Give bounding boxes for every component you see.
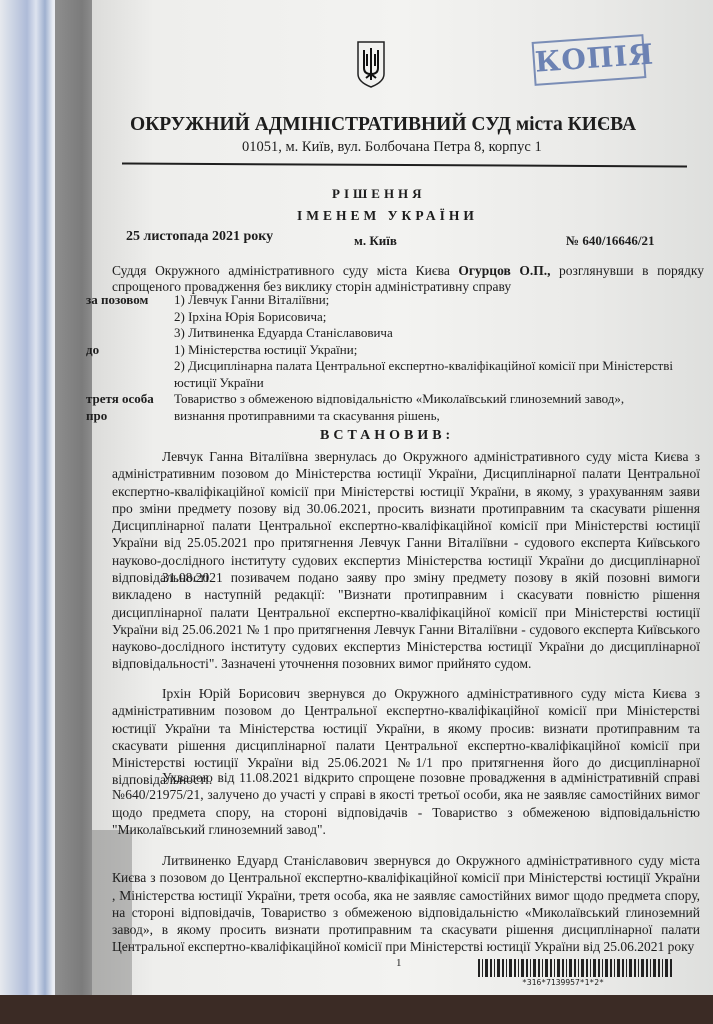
established-heading: ВСТАНОВИВ: bbox=[320, 428, 454, 444]
document-title: РІШЕННЯ bbox=[332, 186, 426, 202]
party-row: 2) Ірхіна Юрія Борисовича; bbox=[86, 309, 696, 326]
court-address: 01051, м. Київ, вул. Болбочана Петра 8, … bbox=[242, 139, 542, 156]
paragraph-text: 31.08.2021 позивачем подано заяву про зм… bbox=[112, 569, 700, 673]
judge-name: Огурцов О.П., bbox=[458, 263, 550, 278]
party-label: до bbox=[86, 342, 174, 359]
court-name: ОКРУЖНИЙ АДМІНІСТРАТИВНИЙ СУД міста КИЄВ… bbox=[130, 114, 650, 136]
trident-coat-of-arms-icon bbox=[356, 40, 386, 88]
intro-text: Суддя Окружного адміністративного суду м… bbox=[112, 263, 458, 278]
binder-pages-edge bbox=[0, 0, 60, 1000]
paragraph-text: Левчук Ганна Віталіївна звернулась до Ок… bbox=[112, 448, 700, 586]
intro-paragraph: Суддя Окружного адміністративного суду м… bbox=[112, 263, 704, 295]
decision-date: 25 листопада 2021 року bbox=[126, 229, 273, 245]
party-row: 2) Дисциплінарна палата Центральної експ… bbox=[86, 358, 696, 391]
party-label: про bbox=[86, 408, 174, 425]
party-value: 3) Литвиненка Едуарда Станіславовича bbox=[174, 325, 696, 342]
decision-city: м. Київ bbox=[354, 233, 397, 249]
header-divider bbox=[122, 163, 687, 168]
case-number: № 640/16646/21 bbox=[566, 233, 655, 249]
paragraph-text: Ухвалою від 11.08.2021 відкрито спрощене… bbox=[112, 769, 700, 838]
party-row: до1) Міністерства юстиції України; bbox=[86, 342, 696, 359]
party-value: 2) Ірхіна Юрія Борисовича; bbox=[174, 309, 696, 326]
document-page: КОПІЯ ОКРУЖНИЙ АДМІНІСТРАТИВНИЙ СУД міст… bbox=[92, 0, 713, 1000]
party-label bbox=[86, 309, 174, 326]
party-label: третя особа bbox=[86, 391, 174, 408]
barcode bbox=[478, 959, 673, 977]
party-row: за позовом1) Левчук Ганни Віталіївни; bbox=[86, 292, 696, 309]
paragraph-text: Литвиненко Едуард Станіславович звернувс… bbox=[112, 852, 700, 956]
page-number: 1 bbox=[396, 957, 402, 969]
party-value: 1) Міністерства юстиції України; bbox=[174, 342, 696, 359]
party-label bbox=[86, 325, 174, 342]
party-value: 1) Левчук Ганни Віталіївни; bbox=[174, 292, 696, 309]
party-value: 2) Дисциплінарна палата Центральної експ… bbox=[174, 358, 696, 391]
party-label: за позовом bbox=[86, 292, 174, 309]
body-paragraph: Литвиненко Едуард Станіславович звернувс… bbox=[112, 852, 700, 956]
body-paragraph: Ухвалою від 11.08.2021 відкрито спрощене… bbox=[112, 769, 700, 838]
table-surface bbox=[0, 995, 713, 1024]
party-value: Товариство з обмеженою відповідальністю … bbox=[174, 391, 696, 408]
party-row: третя особаТовариство з обмеженою відпов… bbox=[86, 391, 696, 408]
party-value: визнання протиправними та скасування ріш… bbox=[174, 408, 696, 425]
party-row: 3) Литвиненка Едуарда Станіславовича bbox=[86, 325, 696, 342]
body-paragraph: 31.08.2021 позивачем подано заяву про зм… bbox=[112, 569, 700, 673]
parties-list: за позовом1) Левчук Ганни Віталіївни; 2)… bbox=[86, 292, 696, 424]
copy-stamp: КОПІЯ bbox=[532, 34, 647, 86]
party-label bbox=[86, 358, 174, 391]
barcode-text: *316*7139957*1*2* bbox=[522, 978, 604, 987]
document-subtitle: ІМЕНЕМ УКРАЇНИ bbox=[297, 208, 478, 224]
party-row: провизнання протиправними та скасування … bbox=[86, 408, 696, 425]
body-paragraph: Левчук Ганна Віталіївна звернулась до Ок… bbox=[112, 448, 700, 586]
